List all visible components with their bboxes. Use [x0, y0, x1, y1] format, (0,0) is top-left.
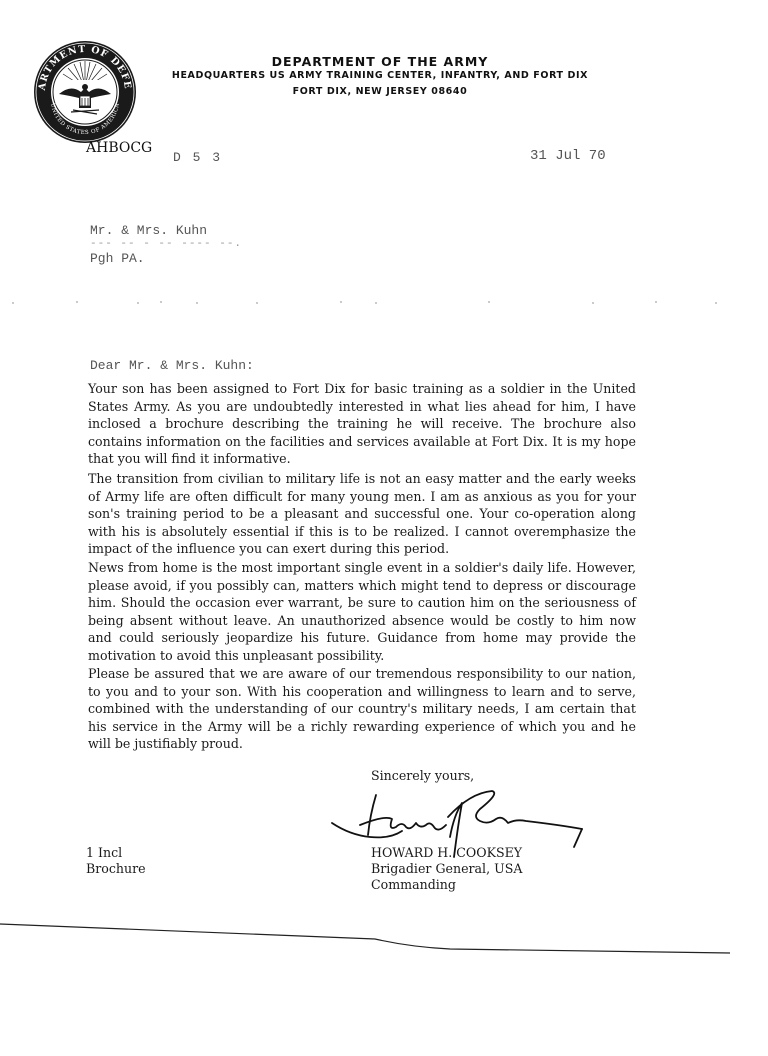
body-paragraph-2: The transition from civilian to military…	[88, 470, 636, 558]
recipient-city: Pgh PA.	[90, 250, 242, 267]
letterhead-address: FORT DIX, NEW JERSEY 08640	[150, 86, 610, 97]
letterhead-headquarters: HEADQUARTERS US ARMY TRAINING CENTER, IN…	[150, 70, 610, 81]
office-symbol: AHBOCG	[86, 140, 152, 156]
recipient-street-redacted: --- -- - -- ---- --.	[90, 239, 242, 250]
reference-number: D 5 3	[173, 150, 222, 165]
enclosure-item: Brochure	[86, 861, 146, 877]
enclosure-count: 1 Incl	[86, 845, 146, 861]
enclosure-note: 1 Incl Brochure	[86, 845, 146, 877]
scan-artifacts	[0, 300, 768, 308]
body-paragraph-3: News from home is the most important sin…	[88, 559, 636, 665]
recipient-address: Mr. & Mrs. Kuhn --- -- - -- ---- --. Pgh…	[90, 222, 242, 267]
signer-rank: Brigadier General, USA	[371, 861, 522, 877]
body-paragraph-1: Your son has been assigned to Fort Dix f…	[88, 380, 636, 468]
letter-date: 31 Jul 70	[530, 148, 606, 164]
signer-name: HOWARD H. COOKSEY	[371, 845, 522, 861]
recipient-name: Mr. & Mrs. Kuhn	[90, 222, 242, 239]
body-paragraph-4: Please be assured that we are aware of o…	[88, 665, 636, 753]
letterhead-department: DEPARTMENT OF THE ARMY	[150, 54, 610, 69]
signature-block: HOWARD H. COOKSEY Brigadier General, USA…	[371, 845, 522, 893]
salutation: Dear Mr. & Mrs. Kuhn:	[90, 358, 254, 373]
dod-seal-icon: DEPARTMENT OF DEFENSE UNITED STATES OF A…	[33, 40, 137, 144]
page-edge-line	[0, 895, 768, 955]
complimentary-close: Sincerely yours,	[371, 768, 474, 783]
signer-title: Commanding	[371, 877, 522, 893]
